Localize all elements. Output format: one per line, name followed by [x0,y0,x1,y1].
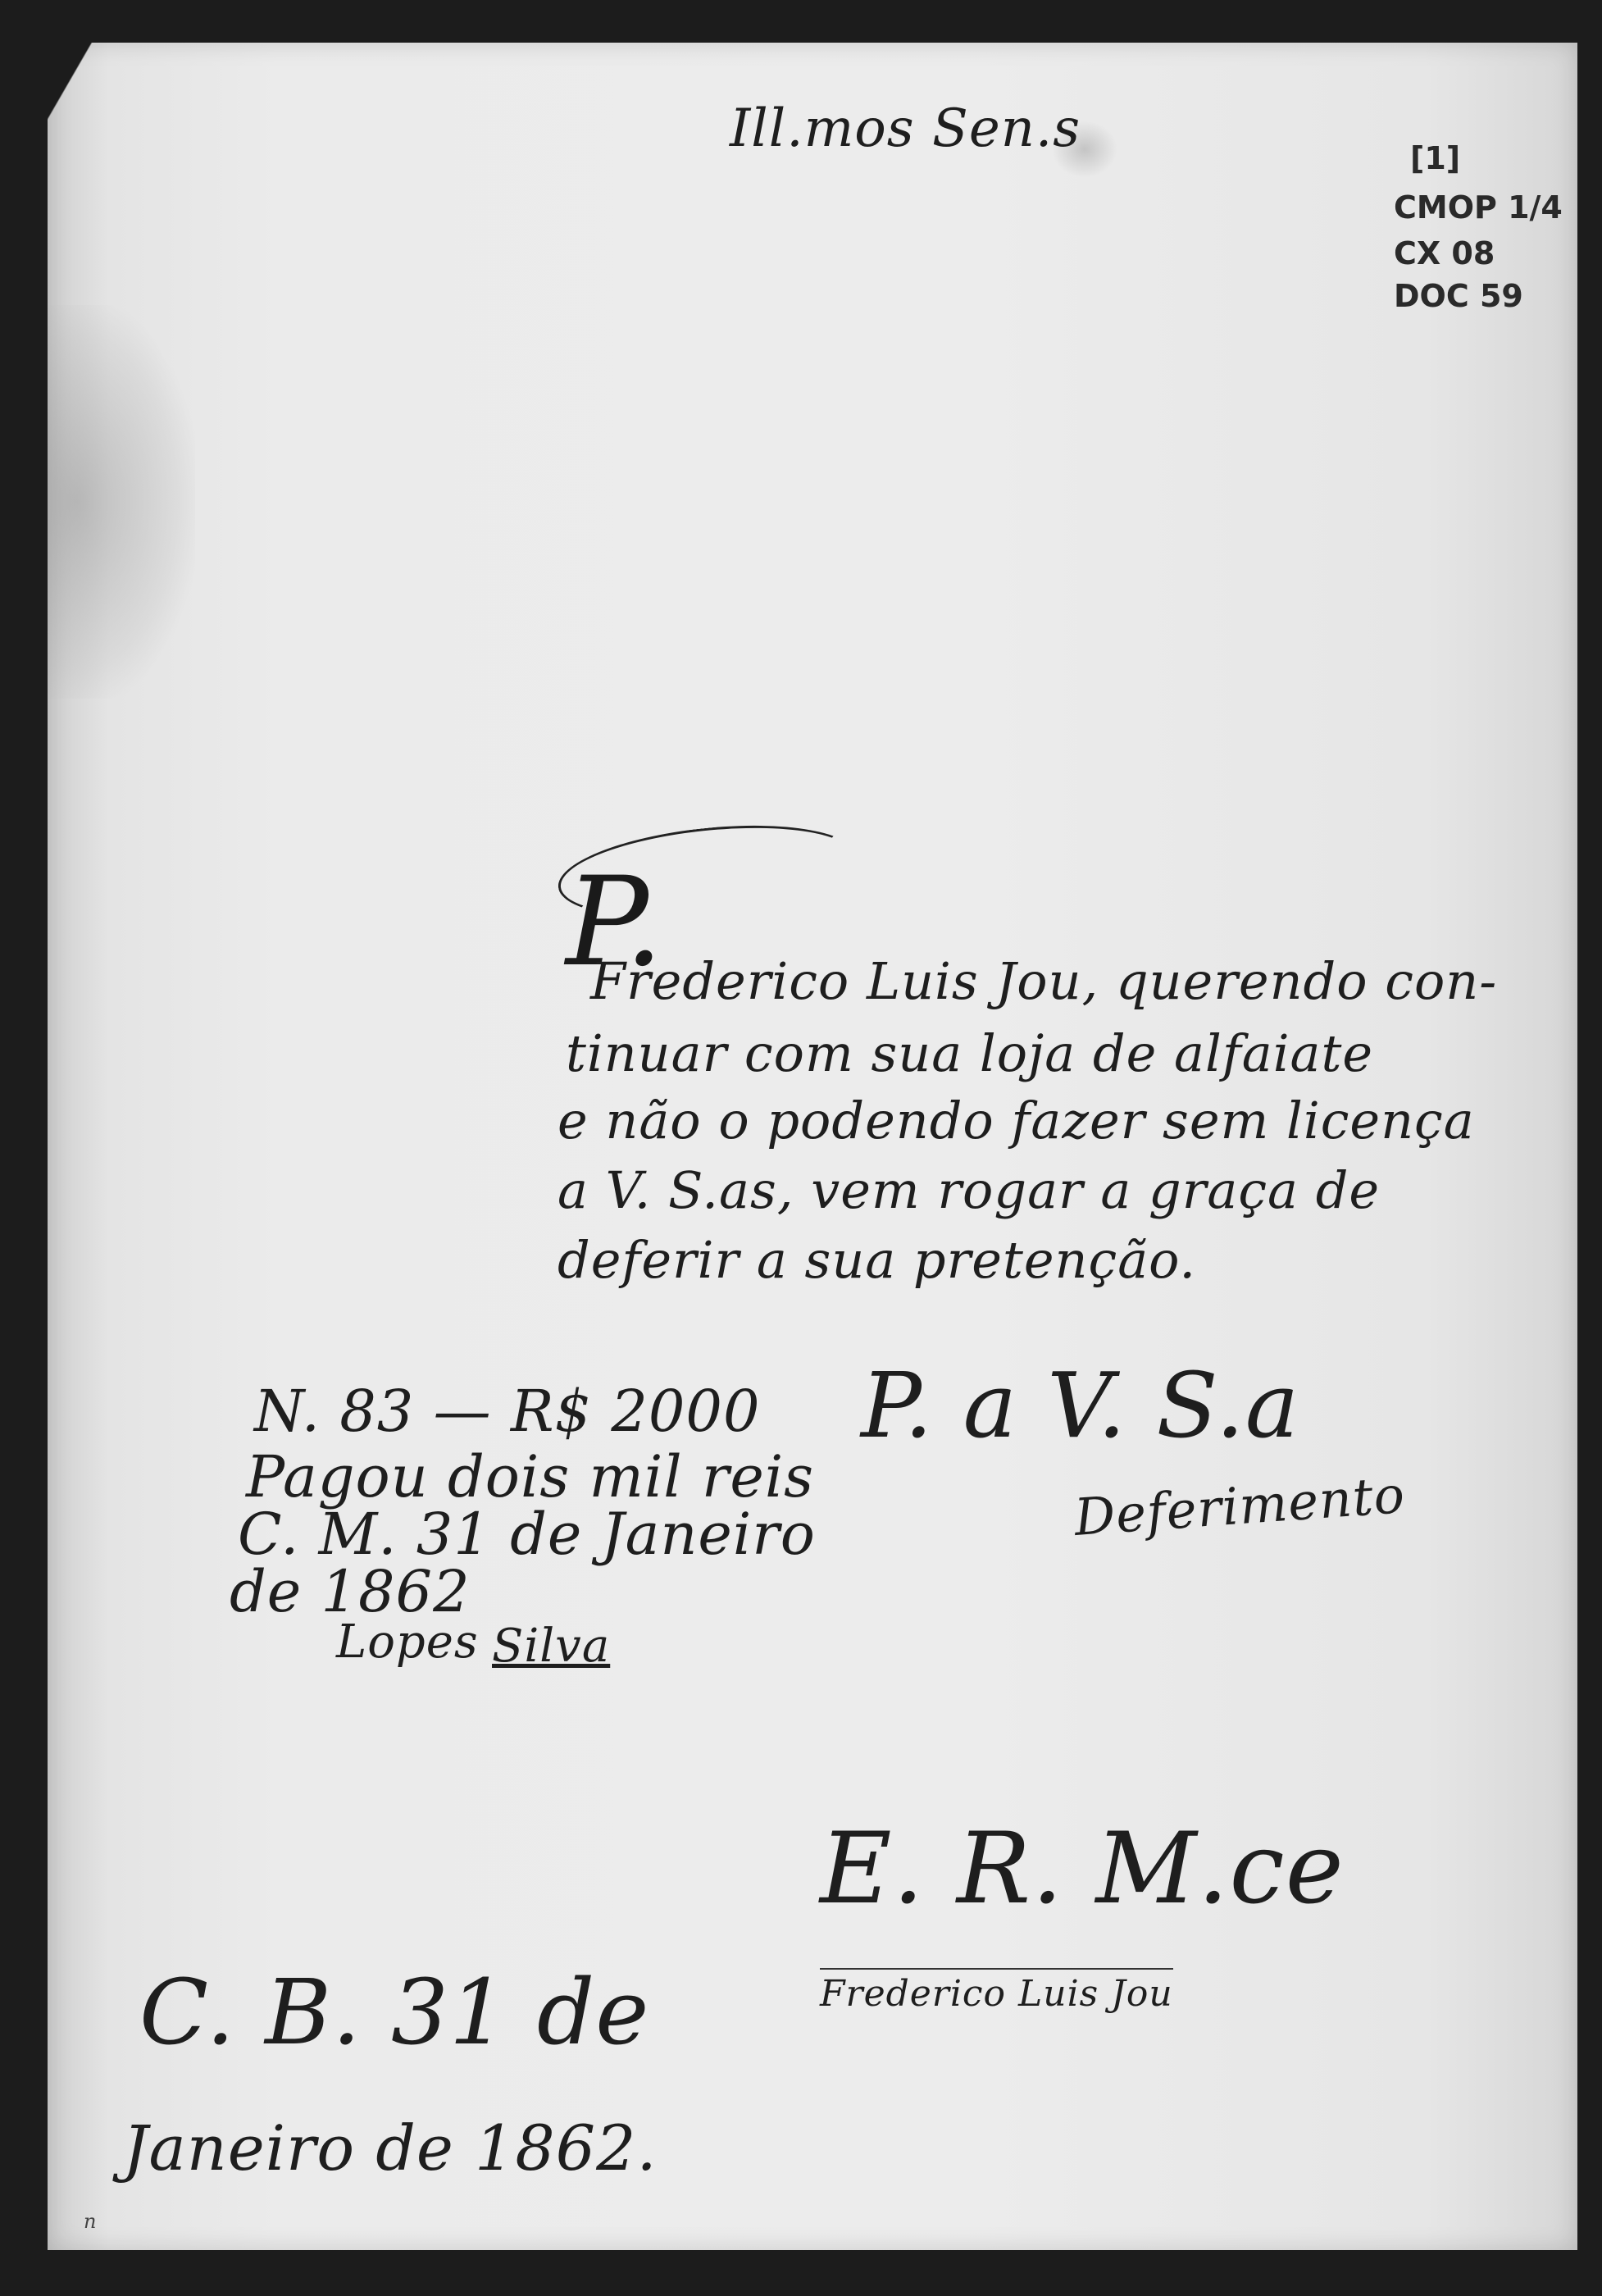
footer-date-line2: Janeiro de 1862. [123,2111,658,2184]
petition-line: tinuar com sua loja de alfaiate [566,1023,1373,1083]
petitioner-signature: Frederico Luis Jou [820,1968,1173,2015]
archive-label-line2: CMOP 1/4 [1394,189,1563,226]
signature-lopes: Lopes [336,1615,479,1669]
torn-corner [48,43,121,166]
archive-label: [1] CMOP 1/4 CX 08 DOC 59 [1394,139,1563,315]
salutation: Ill.mos Sen.s [730,98,1081,159]
archive-label-line3: CX 08 [1394,235,1563,272]
margin-mark: n [84,2210,96,2233]
archive-label-line1: [1] [1394,139,1563,177]
request-closing: P. a V. S.a [861,1353,1299,1458]
petition-line: Frederico Luis Jou, querendo con- [590,951,1497,1011]
petition-line: e não o podendo fazer sem licença [558,1091,1475,1150]
signature-silva: Silva [492,1619,610,1673]
abbreviation-block: E. R. M.ce [820,1812,1345,1926]
petition-line: a V. S.as, vem rogar a graça de [558,1160,1380,1220]
archive-label-line4: DOC 59 [1394,277,1563,315]
water-stain [48,305,195,699]
petition-line: deferir a sua pretenção. [558,1230,1196,1290]
footer-date-line1: C. B. 31 de [139,1960,649,2065]
payment-note-line: N. 83 — R$ 2000 [254,1378,761,1445]
